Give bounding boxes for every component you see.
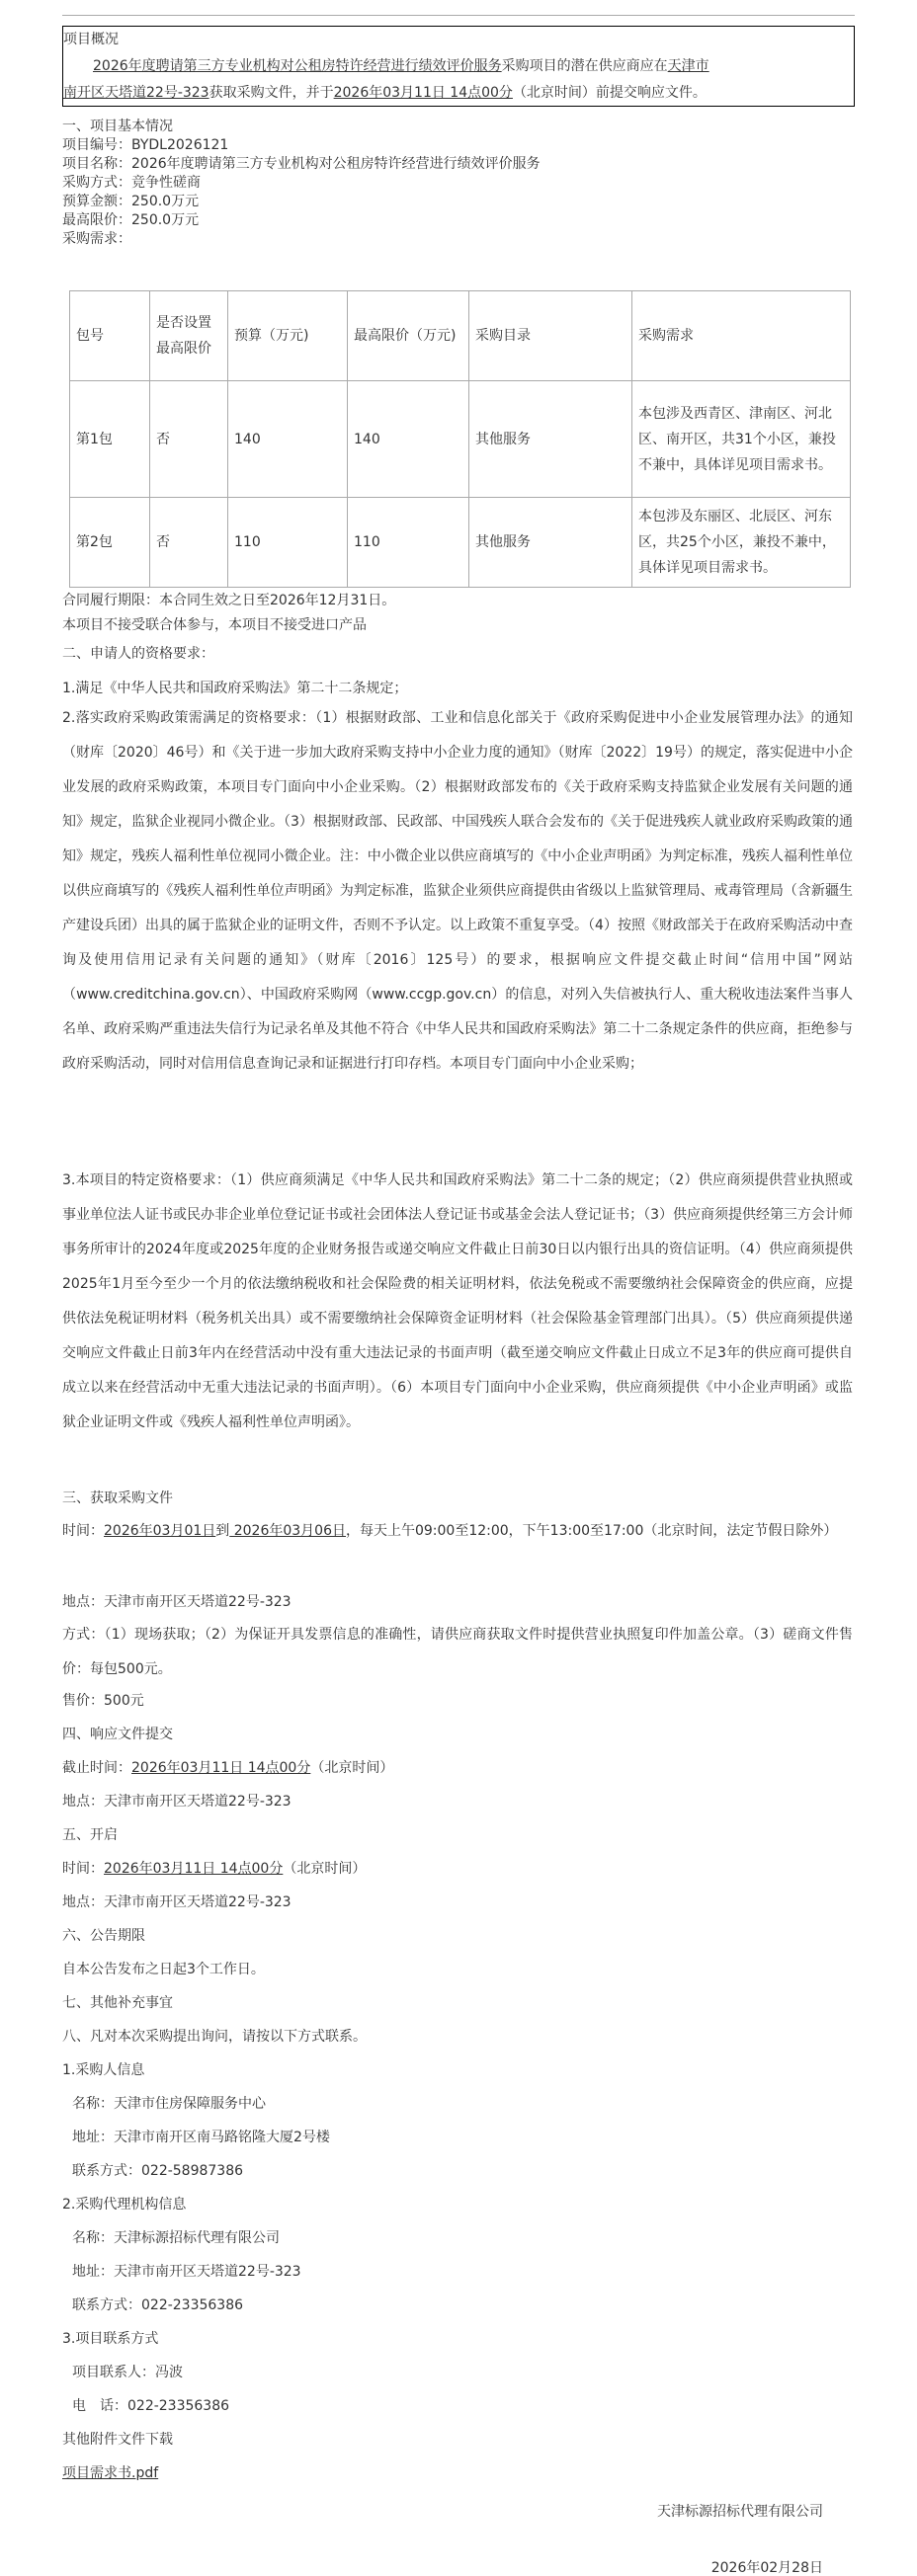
table-row: 第2包 否 110 110 其他服务 本包涉及东丽区、北辰区、河东区，共25个小… [70, 498, 851, 588]
consortium-note: 本项目不接受联合体参与，本项目不接受进口产品 [62, 615, 367, 635]
qualification-item-3: 3.本项目的特定资格要求：（1）供应商须满足《中华人民共和国政府采购法》第二十二… [62, 1164, 853, 1440]
header-cell: 采购目录 [469, 291, 632, 381]
submission-deadline: 截止时间：2026年03月11日 14点00分（北京时间） [62, 1758, 393, 1778]
agency-heading: 2.采购代理机构信息 [62, 2195, 186, 2214]
table-row: 第1包 否 140 140 其他服务 本包涉及西青区、津南区、河北区、南开区，共… [70, 381, 851, 498]
acquisition-end-date: 2026年03月06日 [229, 1523, 346, 1539]
acquisition-method: 方式：（1）现场获取；（2）为保证开具发票信息的准确性，请供应商获取文件时提供营… [62, 1618, 853, 1687]
label: 到 [215, 1523, 229, 1539]
overview-text: 获取采购文件，并于 [209, 85, 334, 101]
table-cell: 110 [348, 498, 469, 588]
overview-text: （北京时间）前提交响应文件。 [513, 85, 707, 101]
section3-heading: 三、获取采购文件 [62, 1489, 173, 1508]
section1-heading: 一、项目基本情况 [62, 117, 173, 136]
agency-address: 地址：天津市南开区天塔道22号-323 [72, 2262, 301, 2282]
table-cell: 第1包 [70, 381, 150, 498]
announcement-period: 自本公告发布之日起3个工作日。 [62, 1960, 265, 1979]
project-name: 项目名称：2026年度聘请第三方专业机构对公租房特许经营进行绩效评价服务 [62, 154, 541, 174]
table-cell: 140 [348, 381, 469, 498]
table-cell: 本包涉及东丽区、北辰区、河东区，共25个小区，兼投不兼中，具体详见项目需求书。 [632, 498, 851, 588]
purchaser-address: 地址：天津市南开区南马路铭隆大厦2号楼 [72, 2128, 330, 2147]
qualification-item-2: 2.落实政府采购政策需满足的资格要求：（1）根据财政部、工业和信息化部关于《政府… [62, 701, 853, 1082]
submission-deadline-date: 2026年03月11日 14点00分 [131, 1760, 310, 1776]
table-cell: 否 [150, 381, 228, 498]
project-contact-heading: 3.项目联系方式 [62, 2329, 158, 2349]
header-cell: 预算（万元) [228, 291, 348, 381]
section7-heading: 七、其他补充事宜 [62, 1993, 173, 2013]
table-cell: 其他服务 [469, 498, 632, 588]
table-cell: 其他服务 [469, 381, 632, 498]
document-price: 售价：500元 [62, 1691, 144, 1711]
acquisition-time: 时间：2026年03月01日到 2026年03月06日，每天上午09:00至12… [62, 1514, 853, 1549]
table-cell: 本包涉及西青区、津南区、河北区、南开区，共31个小区，兼投不兼中，具体详见项目需… [632, 381, 851, 498]
requirements-table: 包号 是否设置最高限价 预算（万元) 最高限价（万元) 采购目录 采购需求 第1… [69, 290, 851, 588]
label: 截止时间： [62, 1760, 131, 1776]
label: （北京时间） [310, 1760, 393, 1776]
submission-place: 地点：天津市南开区天塔道22号-323 [62, 1792, 292, 1811]
qualification-item-1: 1.满足《中华人民共和国政府采购法》第二十二条规定； [62, 679, 407, 698]
header-cell: 最高限价（万元) [348, 291, 469, 381]
signature-company: 天津标源招标代理有限公司 [657, 2502, 823, 2522]
table-header-row: 包号 是否设置最高限价 预算（万元) 最高限价（万元) 采购目录 采购需求 [70, 291, 851, 381]
procurement-method: 采购方式：竞争性磋商 [62, 173, 201, 193]
section5-heading: 五、开启 [62, 1825, 118, 1845]
overview-deadline: 2026年03月11日 14点00分 [334, 85, 513, 101]
header-cell: 是否设置最高限价 [150, 291, 228, 381]
project-number: 项目编号：BYDL2026121 [62, 135, 228, 155]
agency-contact: 联系方式：022-23356386 [72, 2295, 243, 2315]
attachments-heading: 其他附件文件下载 [62, 2430, 173, 2450]
label: （北京时间） [283, 1861, 366, 1877]
purchaser-contact: 联系方式：022-58987386 [72, 2161, 243, 2181]
attachment-link-requirements-pdf[interactable]: 项目需求书.pdf [62, 2465, 158, 2481]
max-price: 最高限价：250.0万元 [62, 210, 199, 230]
opening-date: 2026年03月11日 14点00分 [104, 1861, 283, 1877]
attachment-item: 项目需求书.pdf [62, 2463, 158, 2483]
purchaser-name: 名称：天津市住房保障服务中心 [72, 2094, 266, 2114]
project-contact-person: 项目联系人：冯波 [72, 2363, 183, 2382]
requirements-label: 采购需求： [62, 229, 131, 249]
acquisition-start-date: 2026年03月01日 [104, 1523, 215, 1539]
opening-place: 地点：天津市南开区天塔道22号-323 [62, 1892, 292, 1912]
opening-time: 时间：2026年03月11日 14点00分（北京时间） [62, 1859, 366, 1879]
table-cell: 第2包 [70, 498, 150, 588]
overview-location-1: 天津市 [668, 58, 709, 74]
table-cell: 140 [228, 381, 348, 498]
header-cell: 采购需求 [632, 291, 851, 381]
overview-location-2: 南开区天塔道22号-323 [63, 85, 209, 101]
agency-name: 名称：天津标源招标代理有限公司 [72, 2228, 280, 2248]
project-contact-phone: 电 话：022-23356386 [72, 2396, 229, 2416]
contract-period: 合同履行期限：本合同生效之日至2026年12月31日。 [62, 591, 395, 610]
header-cell: 包号 [70, 291, 150, 381]
label: 时间： [62, 1523, 104, 1539]
section8-heading: 八、凡对本次采购提出询问，请按以下方式联系。 [62, 2027, 367, 2047]
label: 时间： [62, 1861, 104, 1877]
table-cell: 110 [228, 498, 348, 588]
section6-heading: 六、公告期限 [62, 1926, 145, 1946]
overview-title: 项目概况 [63, 30, 119, 49]
top-divider [62, 15, 855, 16]
section2-heading: 二、申请人的资格要求： [62, 644, 214, 664]
acquisition-hours: ，每天上午09:00至12:00，下午13:00至17:00（北京时间，法定节假… [346, 1523, 837, 1539]
table-cell: 否 [150, 498, 228, 588]
project-overview-box: 项目概况 2026年度聘请第三方专业机构对公租房特许经营进行绩效评价服务采购项目… [62, 26, 855, 107]
overview-text: 采购项目的潜在供应商应在 [502, 58, 668, 74]
budget-amount: 预算金额：250.0万元 [62, 192, 199, 211]
purchaser-heading: 1.采购人信息 [62, 2060, 144, 2080]
signature-date: 2026年02月28日 [711, 2558, 823, 2576]
overview-body: 2026年度聘请第三方专业机构对公租房特许经营进行绩效评价服务采购项目的潜在供应… [63, 53, 854, 107]
overview-project-name: 2026年度聘请第三方专业机构对公租房特许经营进行绩效评价服务 [93, 58, 502, 74]
section4-heading: 四、响应文件提交 [62, 1725, 173, 1744]
acquisition-place: 地点：天津市南开区天塔道22号-323 [62, 1592, 292, 1612]
